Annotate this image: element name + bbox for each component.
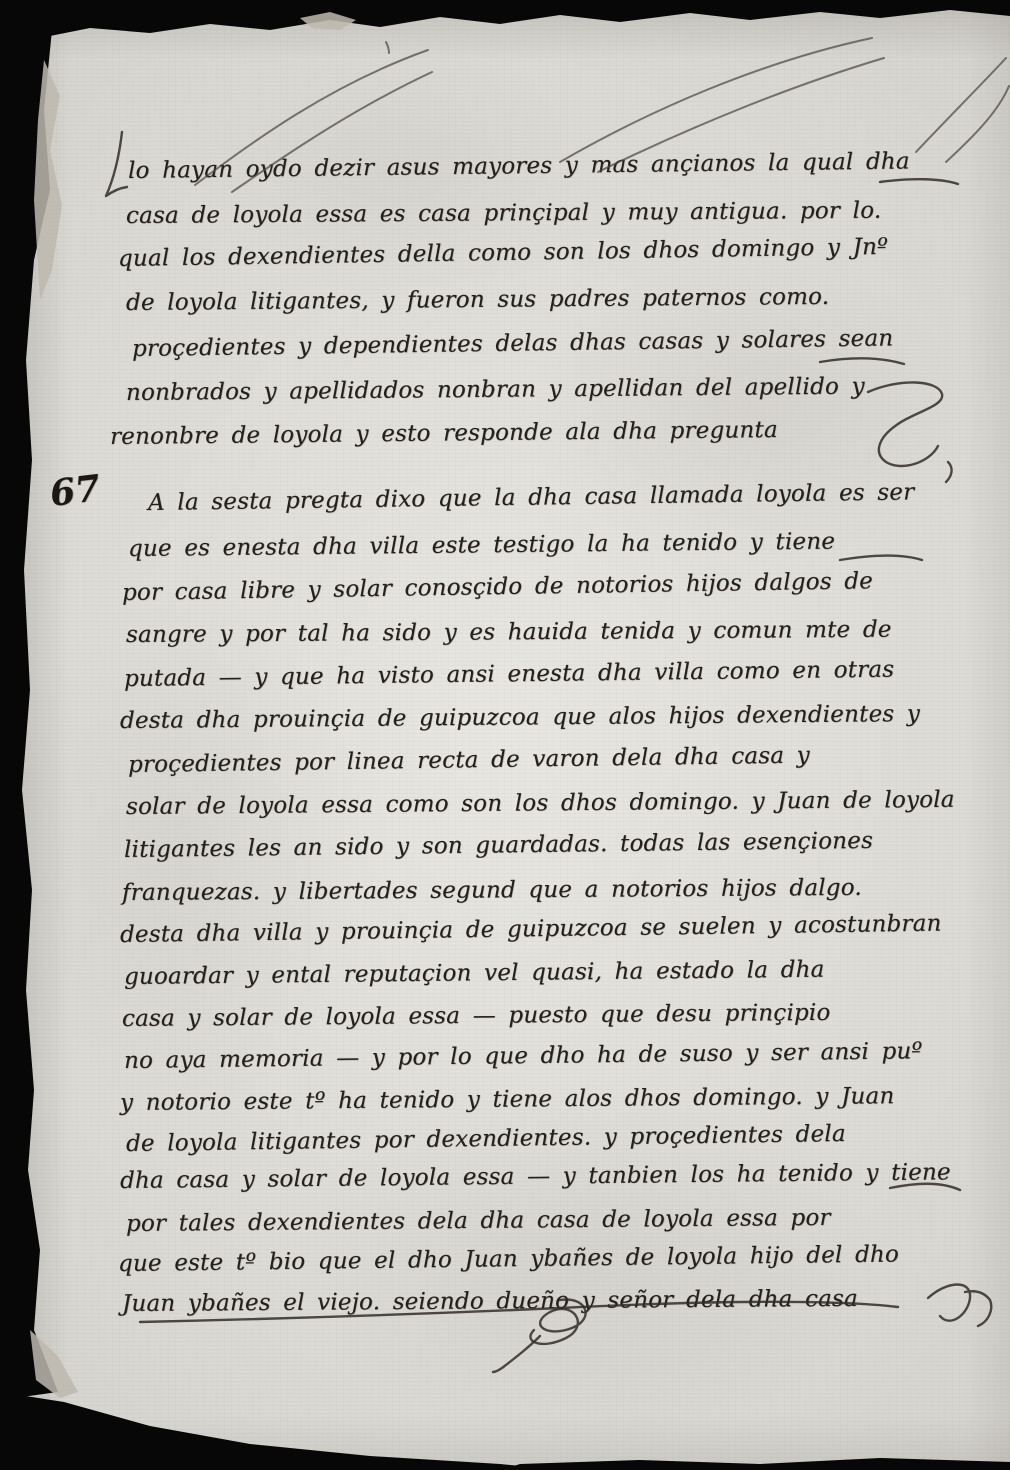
foliation-number: 40 [16,1408,38,1428]
manuscript-line: Juan ybañes el viejo. seiendo dueño y se… [122,1286,858,1317]
manuscript-scan: lo hayan oydo dezir asus mayores y mas a… [0,0,1010,1470]
margin-question-number: 67 [48,467,103,515]
manuscript-line: franquezas. y libertades segund que a no… [122,875,862,906]
manuscript-line: sangre y por tal ha sido y es hauida ten… [126,617,892,648]
manuscript-line: casa de loyola essa es casa prinçipal y … [126,198,881,229]
